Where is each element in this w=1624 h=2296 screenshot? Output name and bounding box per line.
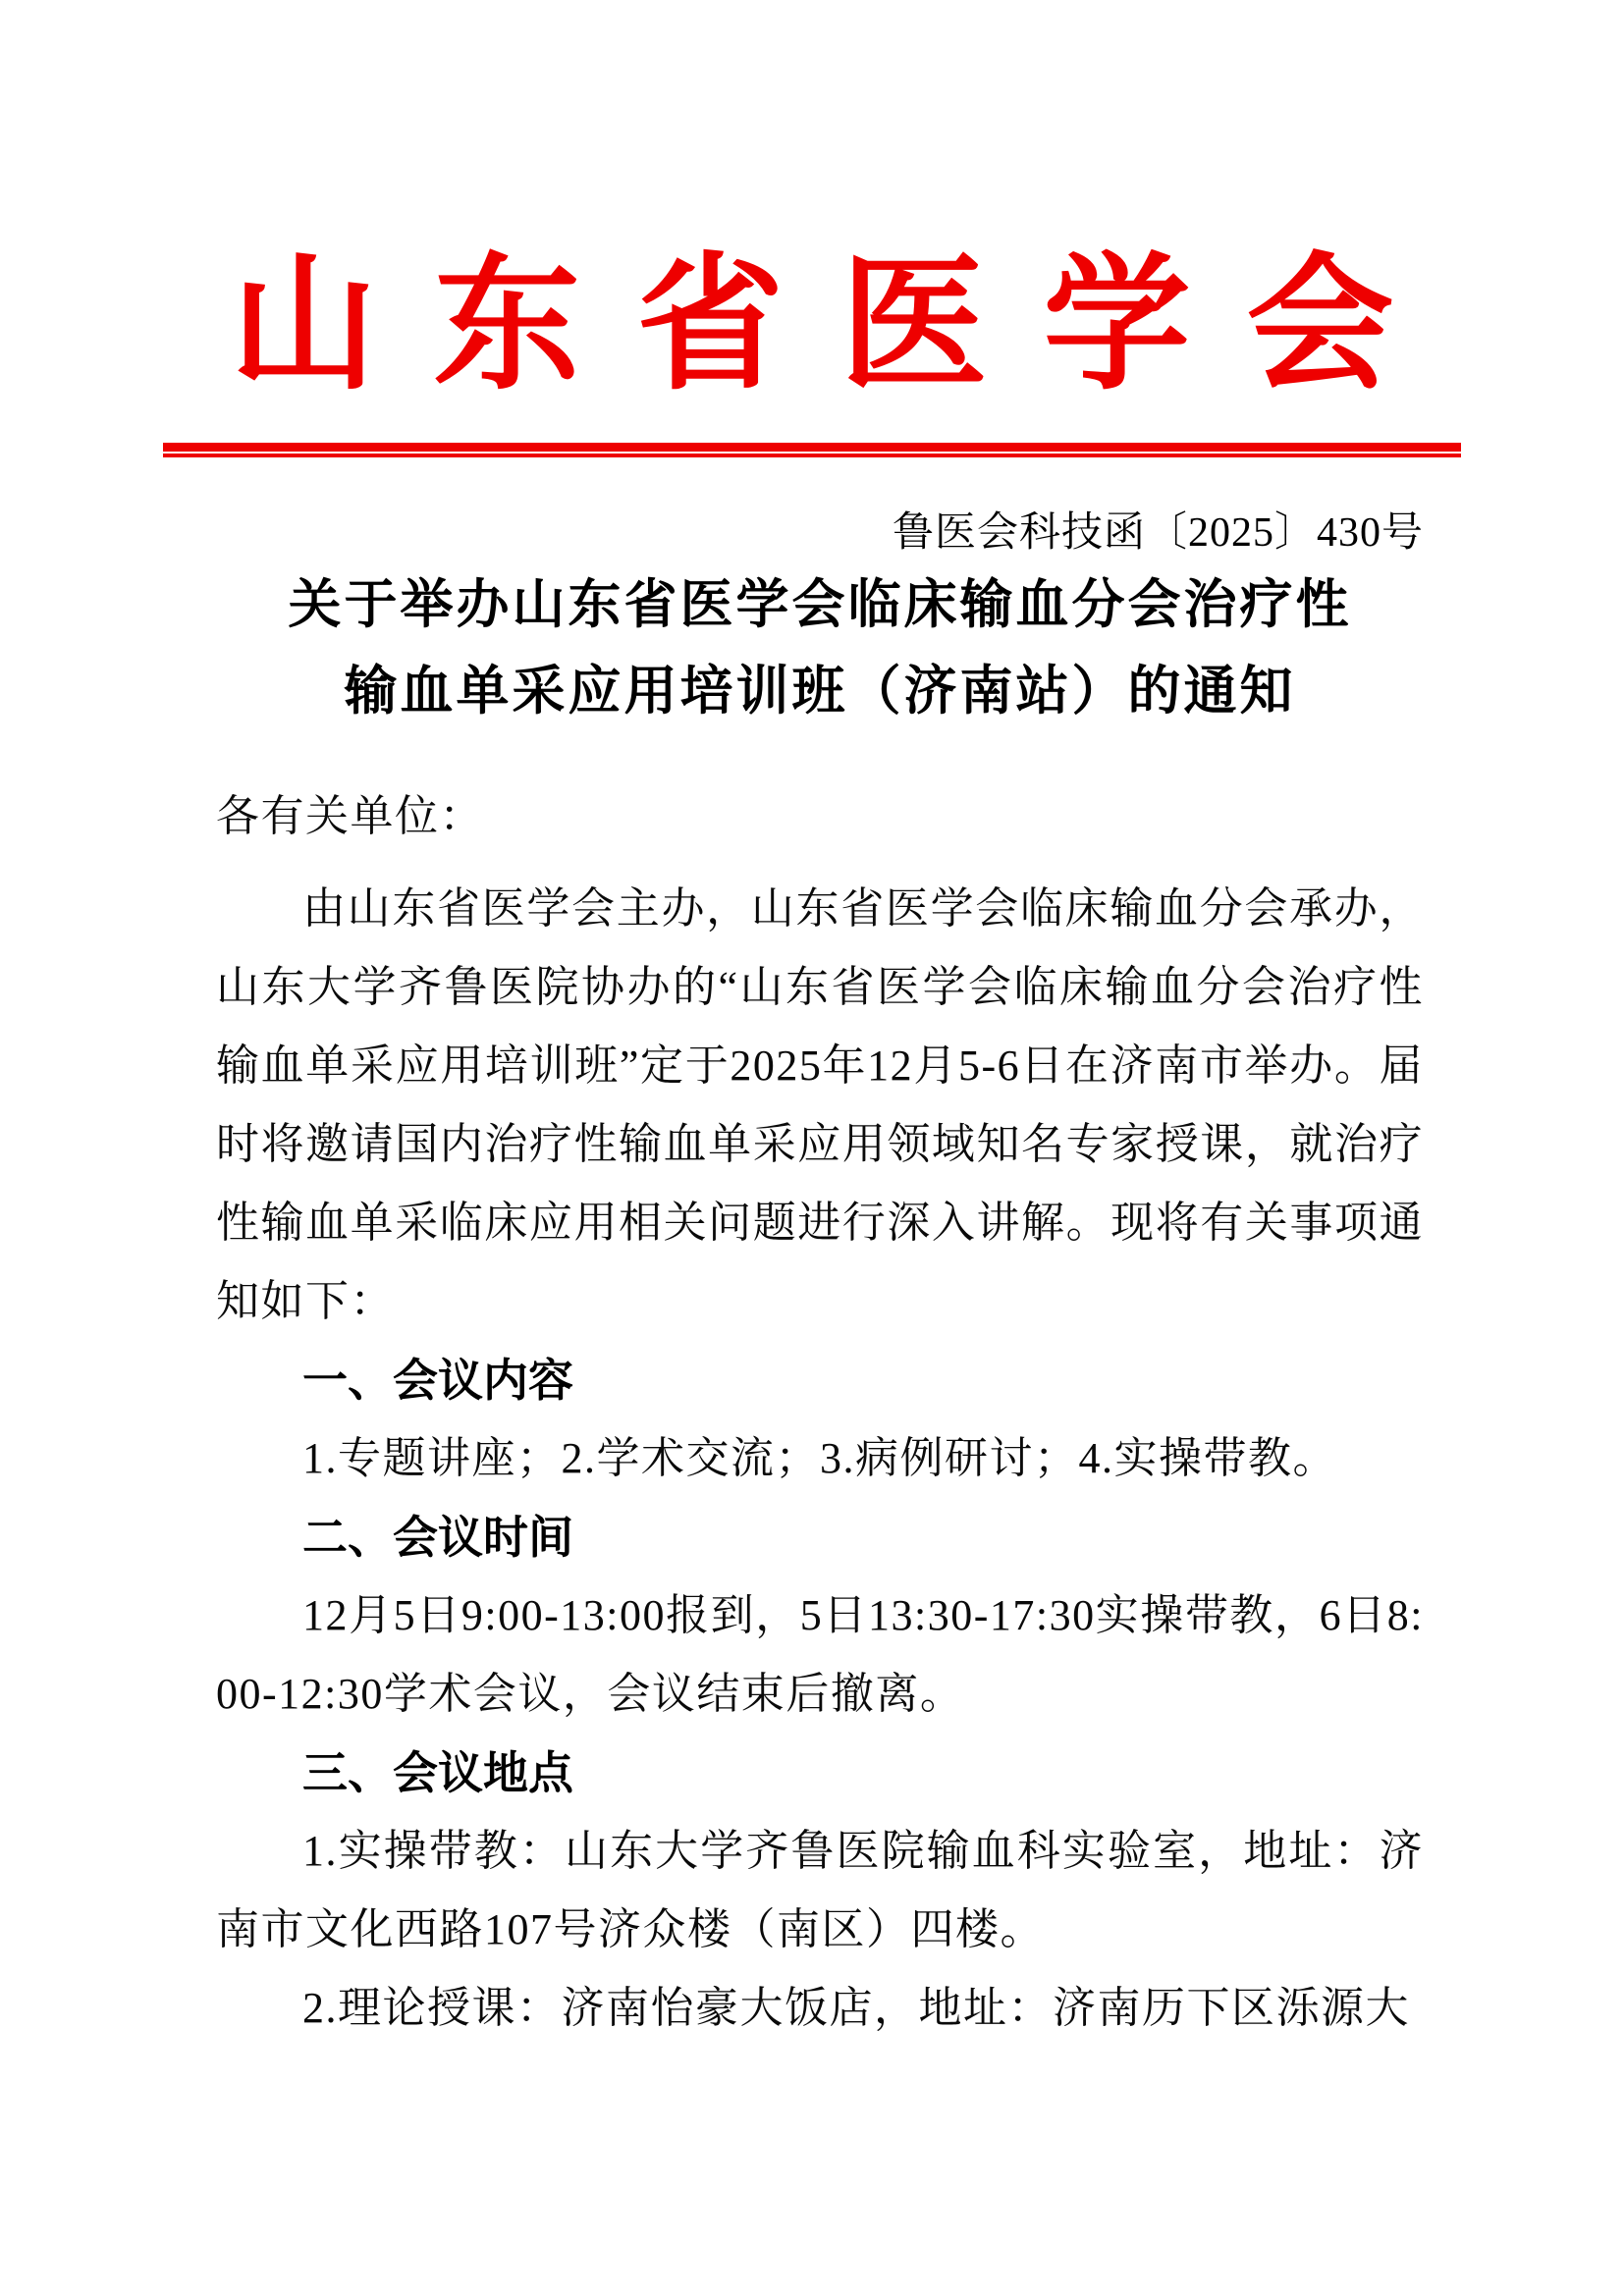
intro-paragraph: 由山东省医学会主办，山东省医学会临床输血分会承办，山东大学齐鲁医院协办的“山东省… xyxy=(216,870,1424,1341)
letterhead-org-name: 山东省医学会 xyxy=(0,0,1624,407)
divider-thin-line xyxy=(163,454,1461,457)
document-title-line1: 关于举办山东省医学会临床输血分会治疗性 xyxy=(216,561,1424,648)
document-number: 鲁医会科技函〔2025〕430号 xyxy=(216,508,1424,558)
section-heading-meeting-content: 一、会议内容 xyxy=(216,1341,1424,1419)
document-title-line2: 输血单采应用培训班（济南站）的通知 xyxy=(216,648,1424,734)
section-meeting-location-paragraph-2: 2.理论授课：济南怡豪大饭店，地址：济南历下区泺源大 xyxy=(216,1969,1424,2048)
letterhead-divider xyxy=(163,443,1461,457)
divider-thick-line xyxy=(163,443,1461,452)
salutation: 各有关单位： xyxy=(216,777,1424,856)
section-meeting-time-paragraph: 12月5日9:00-13:00报到，5日13:30-17:30实操带教，6日8:… xyxy=(216,1576,1424,1734)
document-body: 鲁医会科技函〔2025〕430号 关于举办山东省医学会临床输血分会治疗性 输血单… xyxy=(216,508,1424,2048)
section-meeting-content-paragraph: 1.专题讲座；2.学术交流；3.病例研讨；4.实操带教。 xyxy=(216,1419,1424,1498)
section-heading-meeting-time: 二、会议时间 xyxy=(216,1498,1424,1576)
document-page: 山东省医学会 鲁医会科技函〔2025〕430号 关于举办山东省医学会临床输血分会… xyxy=(0,0,1624,2296)
section-heading-meeting-location: 三、会议地点 xyxy=(216,1734,1424,1812)
section-meeting-location-paragraph-1: 1.实操带教：山东大学齐鲁医院输血科实验室，地址：济南市文化西路107号济众楼（… xyxy=(216,1812,1424,1969)
document-title: 关于举办山东省医学会临床输血分会治疗性 输血单采应用培训班（济南站）的通知 xyxy=(216,561,1424,734)
